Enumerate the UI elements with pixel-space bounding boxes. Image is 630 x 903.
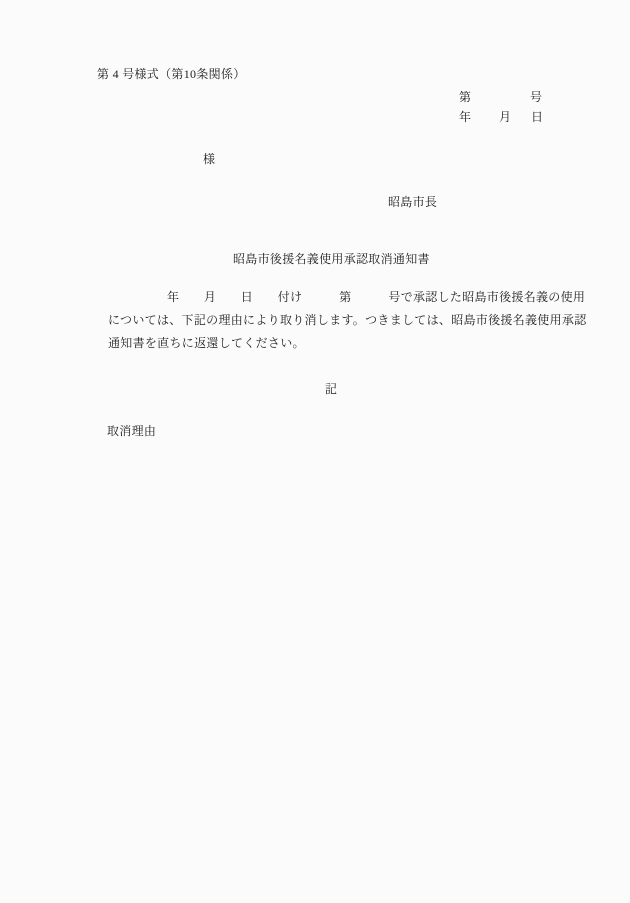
body-text-line-1: 年 月 日 付け 第 号で承認した昭島市後援名義の使用	[167, 290, 585, 304]
document-title: 昭島市後援名義使用承認取消通知書	[233, 252, 430, 266]
sender-name: 昭島市長	[388, 195, 437, 209]
document-number-suffix: 号	[530, 90, 542, 104]
notice-marker: 記	[325, 382, 337, 396]
document-page: 第 4 号様式（第10条関係） 第 号 年 月 日 様 昭島市長 昭島市後援名義…	[0, 0, 630, 903]
body-text-line-3: 通知書を直ちに返還してください。	[108, 336, 305, 350]
form-number: 第 4 号様式（第10条関係）	[97, 67, 246, 81]
date-month-label: 月	[499, 110, 511, 124]
document-number-prefix: 第	[459, 90, 471, 104]
date-day-label: 日	[531, 110, 543, 124]
addressee-honorific: 様	[203, 152, 215, 166]
date-year-label: 年	[459, 110, 471, 124]
cancellation-reason-label: 取消理由	[107, 424, 156, 438]
body-text-line-2: については、下記の理由により取り消します。つきましては、昭島市後援名義使用承認	[108, 313, 587, 327]
